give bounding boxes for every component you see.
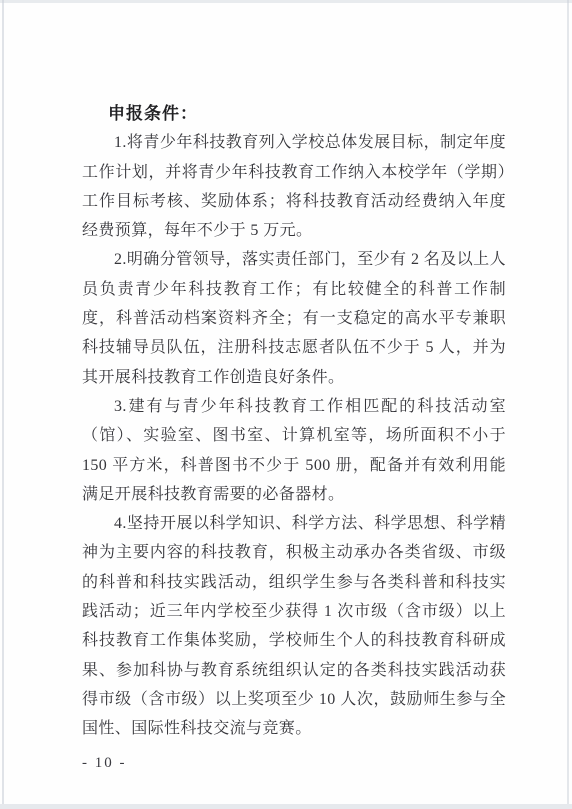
paragraph-condition-2: 2.明确分管领导，落实责任部门，至少有 2 名及以上人员负责青少年科技教育工作；… — [82, 245, 506, 391]
section-heading: 申报条件： — [82, 99, 506, 128]
scan-edge-left — [2, 0, 4, 809]
scan-edge-right — [567, 0, 569, 809]
page-number: - 10 - — [82, 755, 506, 772]
paragraph-condition-3: 3.建有与青少年科技教育工作相匹配的科技活动室（馆）、实验室、图书室、计算机室等… — [82, 392, 506, 509]
paragraph-condition-4: 4.坚持开展以科学知识、科学方法、科学思想、科学精神为主要内容的科技教育，积极主… — [82, 509, 506, 743]
document-content: 申报条件： 1.将青少年科技教育列入学校总体发展目标，制定年度工作计划，并将青少… — [82, 99, 506, 772]
scan-edge-bottom — [0, 804, 572, 809]
scanned-document-page: 申报条件： 1.将青少年科技教育列入学校总体发展目标，制定年度工作计划，并将青少… — [0, 0, 572, 809]
scan-edge-top — [0, 0, 572, 3]
paragraph-condition-1: 1.将青少年科技教育列入学校总体发展目标，制定年度工作计划，并将青少年科技教育工… — [82, 128, 506, 245]
